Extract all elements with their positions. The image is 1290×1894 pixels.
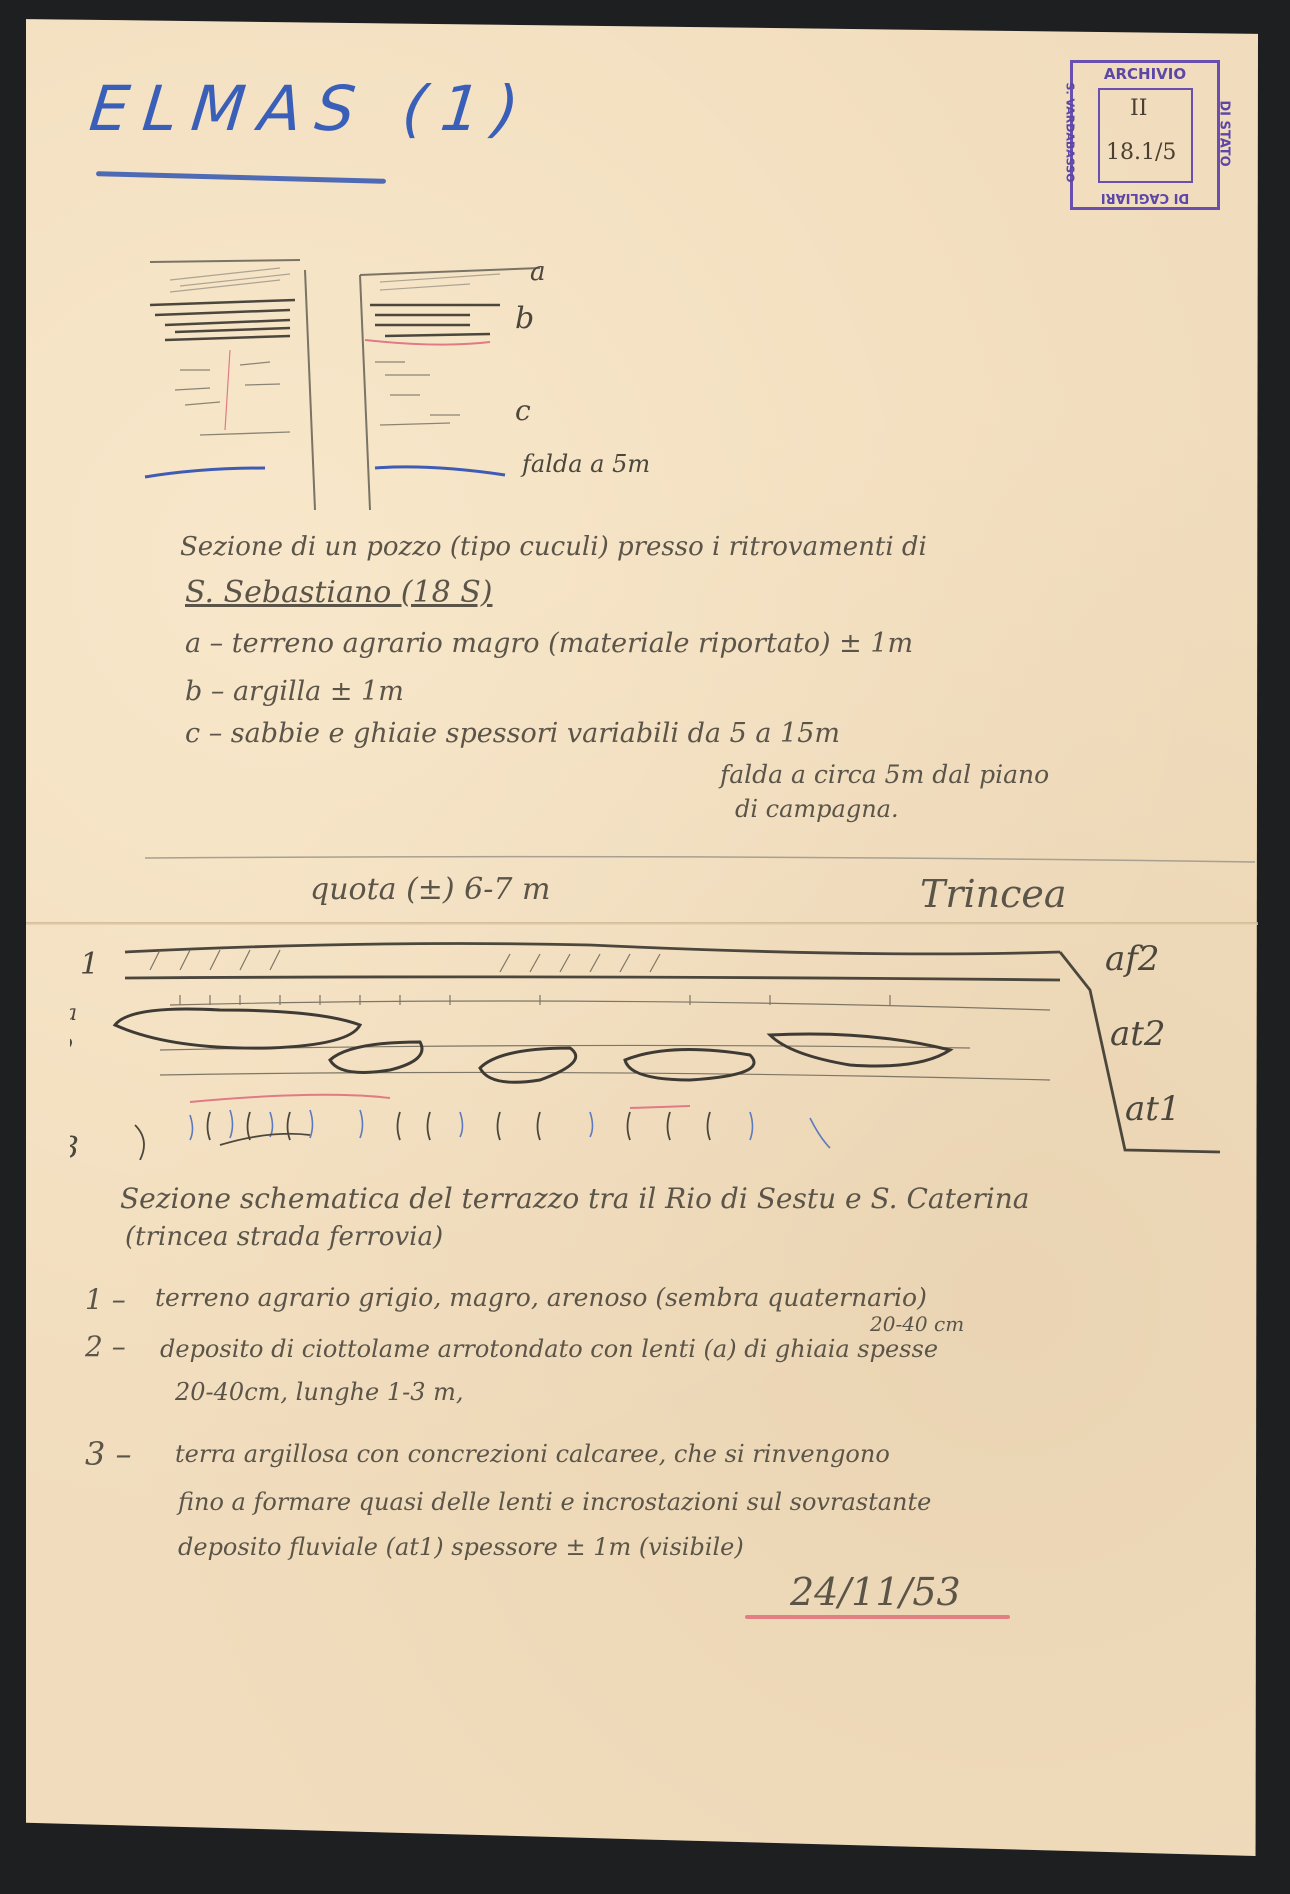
- elevation-label: quota (±) 6-7 m: [310, 872, 550, 907]
- sketch-label-a: a: [530, 257, 546, 287]
- unit-label-at1: at1: [1125, 1089, 1181, 1129]
- row-label-1: 1: [80, 947, 99, 982]
- row-label-2a: 2a: [70, 1001, 77, 1026]
- page-fold: [26, 922, 1258, 925]
- legend-item-2-num: 2 –: [85, 1330, 126, 1363]
- archive-stamp: ARCHIVIO DI STATO DI CAGLIARI S. VARDABA…: [1070, 60, 1220, 210]
- legend-item-1: terreno agrario grigio, magro, arenoso (…: [155, 1283, 927, 1312]
- stamp-inner-box: II 18.1/5: [1098, 88, 1193, 183]
- document-title: ELMAS (1): [86, 72, 536, 145]
- section2-caption-line1: Sezione schematica del terrazzo tra il R…: [120, 1182, 1029, 1215]
- row-label-2: 2: [70, 1033, 74, 1068]
- separator-line: [145, 850, 1265, 870]
- stamp-bottom-text: DI CAGLIARI: [1073, 190, 1217, 205]
- legend-item-2-cont: 20-40cm, lunghe 1-3 m,: [175, 1378, 464, 1406]
- section1-caption-line1: Sezione di un pozzo (tipo cuculi) presso…: [180, 532, 927, 562]
- sketch-label-c: c: [515, 394, 531, 427]
- stamp-roman-numeral: II: [1130, 96, 1147, 121]
- section2-caption-line2: (trincea strada ferrovia): [125, 1222, 443, 1252]
- stamp-reference: 18.1/5: [1106, 140, 1176, 165]
- date-underline: [745, 1615, 1010, 1619]
- unit-label-at2: at2: [1110, 1014, 1166, 1054]
- legend-item-3-cont2: deposito fluviale (at1) spessore ± 1m (v…: [178, 1533, 744, 1561]
- well-section-sketch: a b c falda a 5m: [140, 250, 760, 520]
- legend-item-3-cont1: fino a formare quasi delle lenti e incro…: [178, 1488, 931, 1516]
- sketch-label-b: b: [515, 301, 534, 336]
- legend-continuation-2: di campagna.: [735, 795, 899, 823]
- superscript-note: 20-40 cm: [870, 1312, 964, 1336]
- legend-item-1-num: 1 –: [85, 1283, 126, 1316]
- unit-label-af2: af2: [1105, 939, 1160, 979]
- legend-item-3: terra argillosa con concrezioni calcaree…: [175, 1440, 890, 1468]
- legend-item-2: deposito di ciottolame arrotondato con l…: [160, 1335, 938, 1363]
- stamp-left-text: S. VARDABASSO: [1063, 83, 1076, 183]
- stamp-right-text: DI STATO: [1216, 100, 1231, 166]
- row-label-3: 3: [70, 1131, 79, 1160]
- sketch-water-table-note: falda a 5m: [520, 450, 650, 478]
- section1-caption-line2: S. Sebastiano (18 S): [185, 575, 492, 610]
- legend-continuation-1: falda a circa 5m dal piano: [720, 760, 1049, 789]
- legend-item-3-num: 3 –: [85, 1435, 132, 1473]
- document-date: 24/11/53: [790, 1570, 961, 1614]
- legend-item-a: a – terreno agrario magro (materiale rip…: [185, 628, 913, 659]
- stamp-top-text: ARCHIVIO: [1073, 65, 1217, 83]
- trench-label: Trincea: [920, 872, 1067, 916]
- legend-item-c: c – sabbie e ghiaie spessori variabili d…: [185, 718, 840, 749]
- legend-item-b: b – argilla ± 1m: [185, 676, 404, 707]
- trench-section-sketch: 1 2a 2 3 af2 at2 at1: [70, 930, 1250, 1160]
